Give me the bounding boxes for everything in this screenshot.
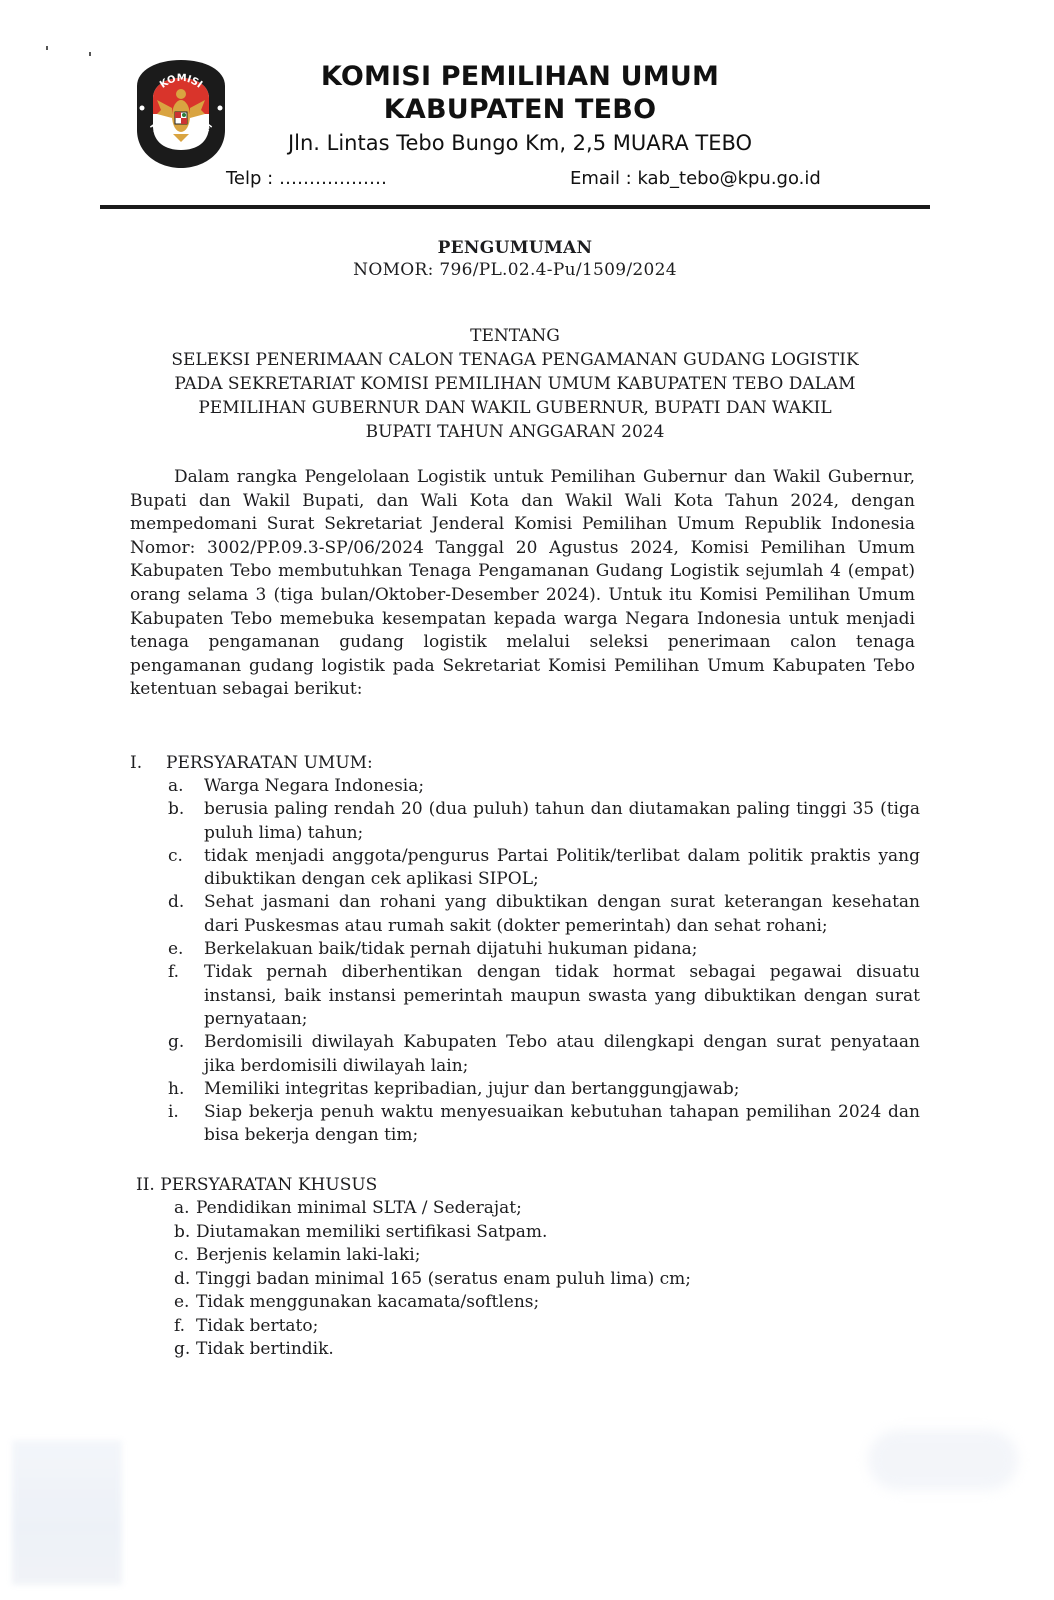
scan-smudge xyxy=(868,1430,1018,1490)
scan-smudge xyxy=(12,1440,122,1585)
item-text: Tidak bertindik. xyxy=(196,1339,334,1359)
letterhead-divider xyxy=(100,205,930,209)
item-marker: f. xyxy=(174,1315,185,1339)
scan-speck xyxy=(46,46,48,50)
item-text: Berkelakuan baik/tidak pernah dijatuhi h… xyxy=(204,939,698,959)
item-text: Tinggi badan minimal 165 (seratus enam p… xyxy=(196,1269,691,1289)
list-item: d.Sehat jasmani dan rohani yang dibuktik… xyxy=(130,891,920,938)
scan-speck xyxy=(89,52,91,56)
org-address: Jln. Lintas Tebo Bungo Km, 2,5 MUARA TEB… xyxy=(200,128,840,158)
org-region: KABUPATEN TEBO xyxy=(200,93,840,126)
item-marker: b. xyxy=(174,1221,190,1245)
item-marker: a. xyxy=(168,775,184,798)
section-number: II. xyxy=(136,1175,155,1195)
list-item: i.Siap bekerja penuh waktu menyesuaikan … xyxy=(130,1101,920,1148)
item-marker: b. xyxy=(168,798,184,821)
list-item: e.Berkelakuan baik/tidak pernah dijatuhi… xyxy=(130,938,920,961)
org-telp: Telp : ……………… xyxy=(226,168,387,189)
list-item: b.Diutamakan memiliki sertifikasi Satpam… xyxy=(130,1221,920,1245)
subject-line: PADA SEKRETARIAT KOMISI PEMILIHAN UMUM K… xyxy=(100,372,930,396)
org-name: KOMISI PEMILIHAN UMUM xyxy=(200,60,840,93)
section-heading: I.PERSYARATAN UMUM: xyxy=(130,752,920,775)
section-heading: II. PERSYARATAN KHUSUS xyxy=(130,1174,920,1197)
about-label: TENTANG xyxy=(100,326,930,346)
item-text: Tidak bertato; xyxy=(196,1316,318,1336)
item-marker: e. xyxy=(174,1291,189,1315)
requirement-list: a.Warga Negara Indonesia; b.berusia pali… xyxy=(130,775,920,1148)
letterhead: KOMISI PEMILIHAN UMUM KABUPATEN TEBO Jln… xyxy=(200,60,840,158)
intro-paragraph: Dalam rangka Pengelolaan Logistik untuk … xyxy=(130,466,915,702)
announcement-subject: SELEKSI PENERIMAAN CALON TENAGA PENGAMAN… xyxy=(100,348,930,444)
section-special-requirements: II. PERSYARATAN KHUSUS a.Pendidikan mini… xyxy=(130,1174,920,1362)
item-marker: c. xyxy=(168,845,183,868)
item-marker: g. xyxy=(174,1338,190,1362)
item-text: Berdomisili diwilayah Kabupaten Tebo ata… xyxy=(204,1032,920,1075)
item-text: Warga Negara Indonesia; xyxy=(204,776,424,796)
section-number: I. xyxy=(130,752,166,775)
list-item: e.Tidak menggunakan kacamata/softlens; xyxy=(130,1291,920,1315)
item-text: Tidak menggunakan kacamata/softlens; xyxy=(196,1292,539,1312)
section-title: PERSYARATAN KHUSUS xyxy=(160,1175,377,1195)
announcement-number: NOMOR: 796/PL.02.4-Pu/1509/2024 xyxy=(100,260,930,280)
list-item: h.Memiliki integritas kepribadian, jujur… xyxy=(130,1078,920,1101)
item-text: Diutamakan memiliki sertifikasi Satpam. xyxy=(196,1222,547,1242)
list-item: a.Warga Negara Indonesia; xyxy=(130,775,920,798)
item-marker: a. xyxy=(174,1197,190,1221)
list-item: b.berusia paling rendah 20 (dua puluh) t… xyxy=(130,798,920,845)
item-marker: d. xyxy=(168,891,184,914)
item-text: Pendidikan minimal SLTA / Sederajat; xyxy=(196,1198,522,1218)
item-text: Tidak pernah diberhentikan dengan tidak … xyxy=(204,962,920,1029)
list-item: f.Tidak pernah diberhentikan dengan tida… xyxy=(130,961,920,1031)
item-text: Siap bekerja penuh waktu menyesuaikan ke… xyxy=(204,1102,920,1145)
item-text: Sehat jasmani dan rohani yang dibuktikan… xyxy=(204,892,920,935)
item-text: berusia paling rendah 20 (dua puluh) tah… xyxy=(204,799,920,842)
item-marker: g. xyxy=(168,1031,184,1054)
item-marker: i. xyxy=(168,1101,179,1124)
list-item: c.tidak menjadi anggota/pengurus Partai … xyxy=(130,845,920,892)
list-item: a.Pendidikan minimal SLTA / Sederajat; xyxy=(130,1197,920,1221)
item-marker: f. xyxy=(168,961,179,984)
requirement-list: a.Pendidikan minimal SLTA / Sederajat; b… xyxy=(130,1197,920,1362)
item-text: Berjenis kelamin laki-laki; xyxy=(196,1245,420,1265)
item-marker: d. xyxy=(174,1268,190,1292)
item-text: tidak menjadi anggota/pengurus Partai Po… xyxy=(204,846,920,889)
section-title: PERSYARATAN UMUM: xyxy=(166,753,373,773)
item-marker: e. xyxy=(168,938,183,961)
subject-line: PEMILIHAN GUBERNUR DAN WAKIL GUBERNUR, B… xyxy=(100,396,930,420)
section-general-requirements: I.PERSYARATAN UMUM: a.Warga Negara Indon… xyxy=(130,752,920,1148)
list-item: g.Tidak bertindik. xyxy=(130,1338,920,1362)
item-text: Memiliki integritas kepribadian, jujur d… xyxy=(204,1079,739,1099)
list-item: c.Berjenis kelamin laki-laki; xyxy=(130,1244,920,1268)
subject-line: BUPATI TAHUN ANGGARAN 2024 xyxy=(100,420,930,444)
item-marker: h. xyxy=(168,1078,184,1101)
subject-line: SELEKSI PENERIMAAN CALON TENAGA PENGAMAN… xyxy=(100,348,930,372)
org-email: Email : kab_tebo@kpu.go.id xyxy=(570,168,821,189)
list-item: g.Berdomisili diwilayah Kabupaten Tebo a… xyxy=(130,1031,920,1078)
item-marker: c. xyxy=(174,1244,189,1268)
list-item: d.Tinggi badan minimal 165 (seratus enam… xyxy=(130,1268,920,1292)
list-item: f.Tidak bertato; xyxy=(130,1315,920,1339)
announcement-title: PENGUMUMAN xyxy=(100,238,930,258)
